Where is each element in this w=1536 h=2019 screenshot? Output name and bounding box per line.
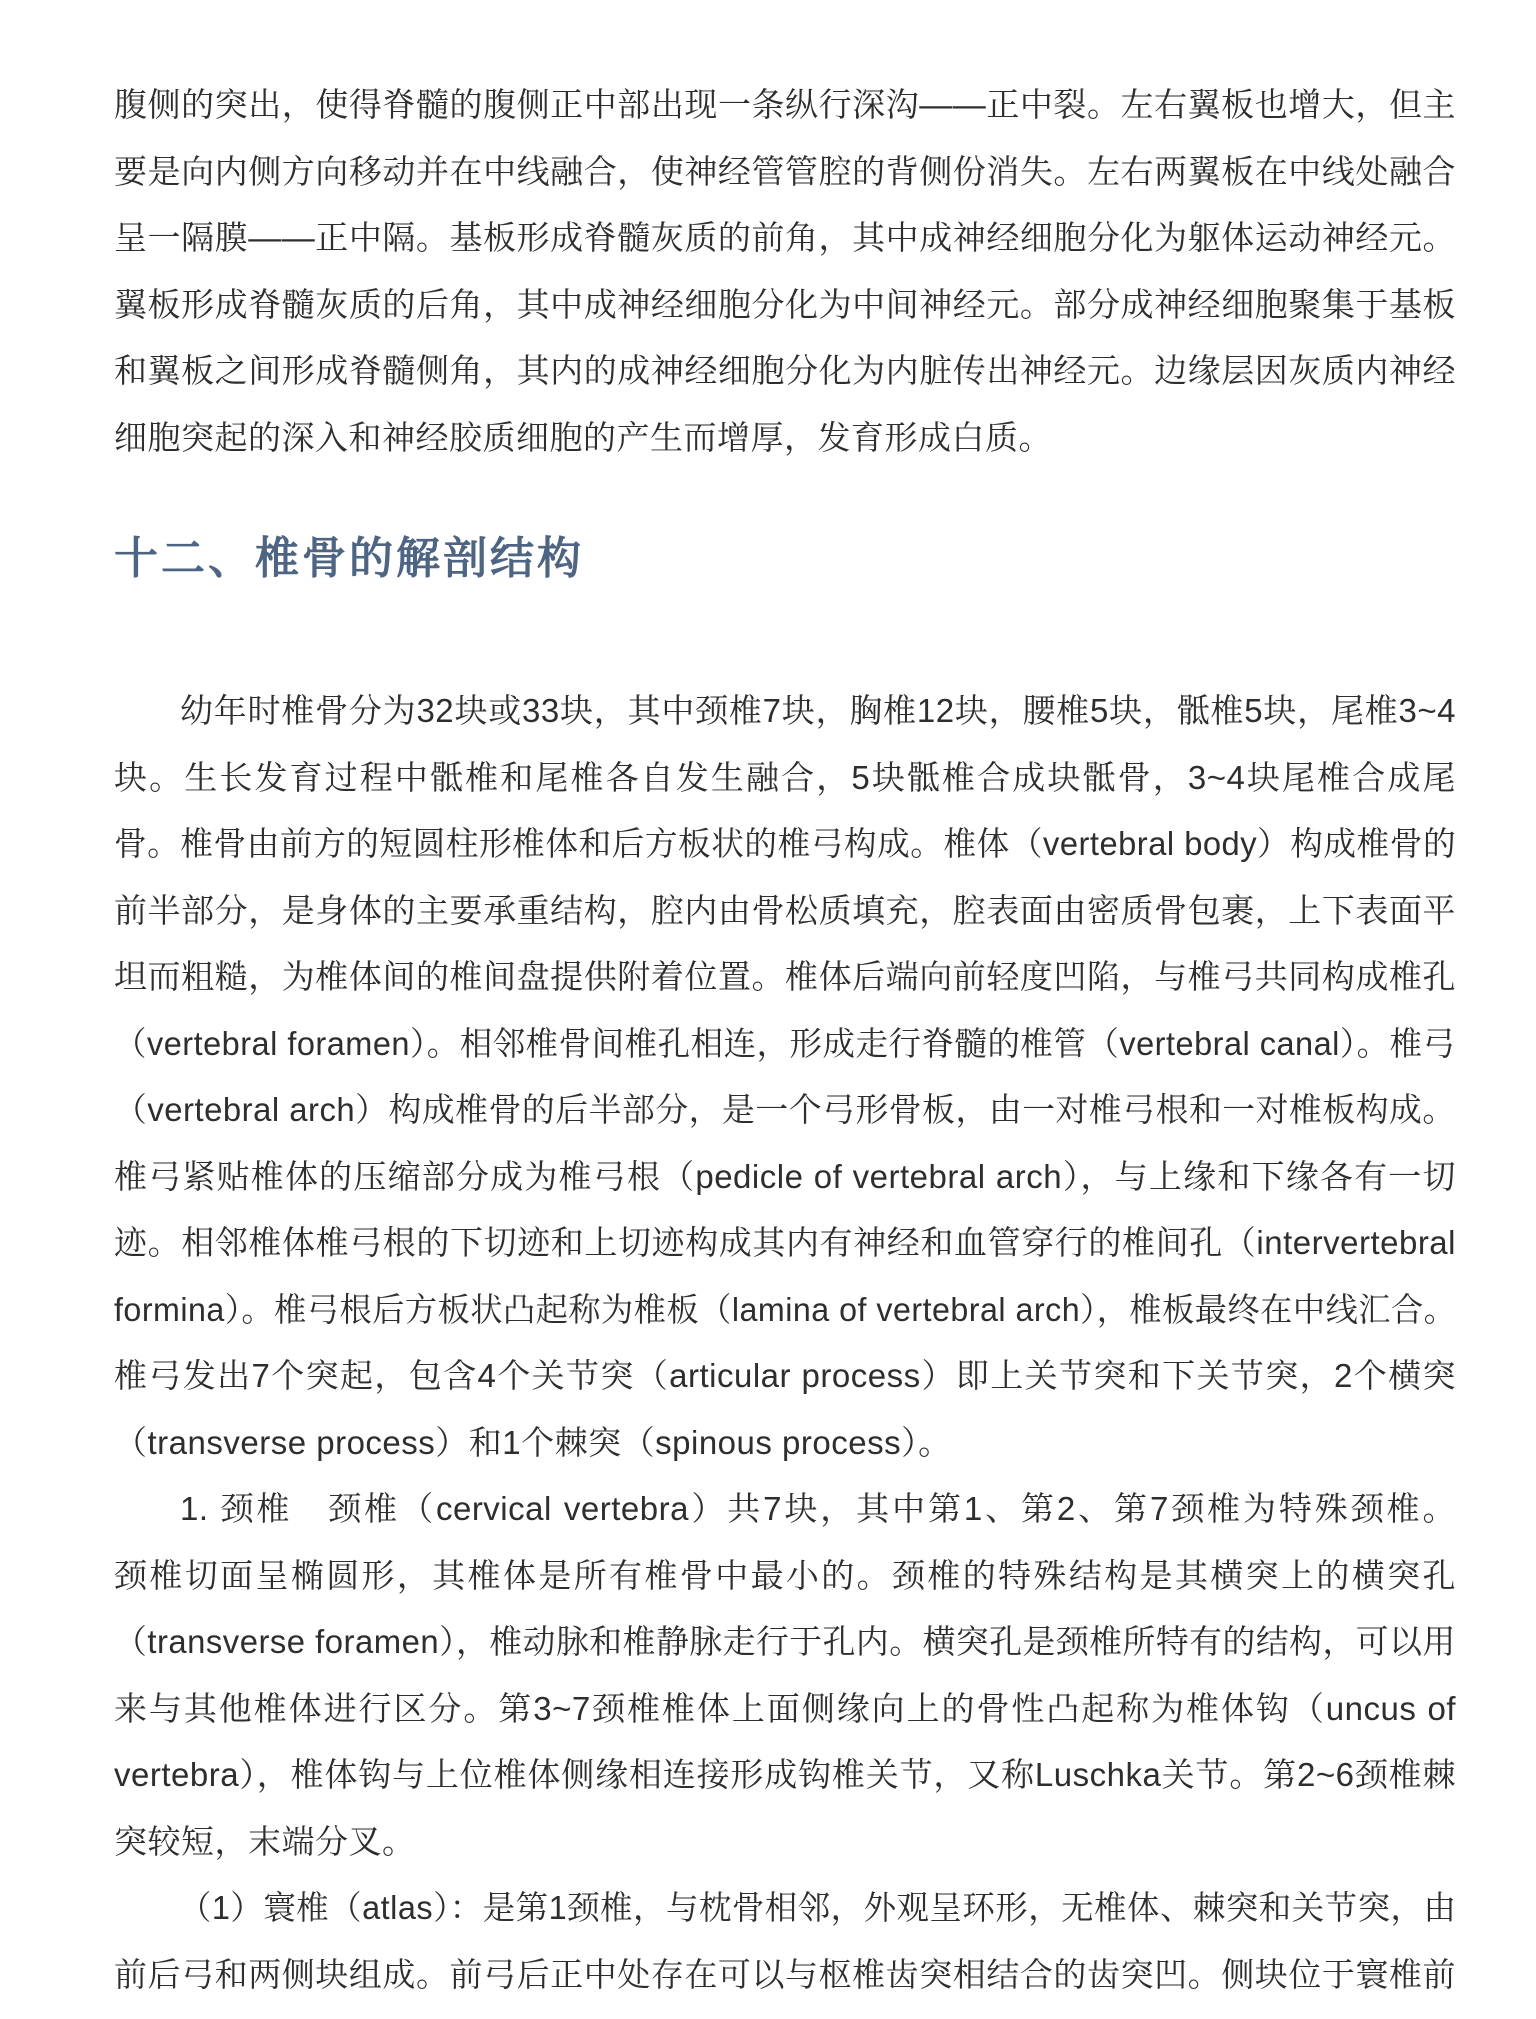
- text-line: 骨。椎骨由前方的短圆柱形椎体和后方板状的椎弓构成。椎体（vertebral bo…: [114, 811, 1443, 878]
- text-line: 和翼板之间形成脊髓侧角，其内的成神经细胞分化为内脏传出神经元。边缘层因灰质内神经: [114, 338, 1456, 405]
- text-line: 腹侧的突出，使得脊髓的腹侧正中部出现一条纵行深沟——正中裂。左右翼板也增大，但主: [114, 72, 1456, 139]
- text-line: （transverse foramen），椎动脉和椎静脉走行于孔内。横突孔是颈椎…: [114, 1609, 1449, 1676]
- text-line: 要是向内侧方向移动并在中线融合，使神经管管腔的背侧份消失。左右两翼板在中线处融合: [114, 139, 1456, 206]
- paragraph: （1）寰椎（atlas）：是第1颈椎，与枕骨相邻，外观呈环形，无椎体、棘突和关节…: [114, 1875, 1456, 2008]
- text-line: vertebra），椎体钩与上位椎体侧缘相连接形成钩椎关节，又称Luschka关…: [114, 1742, 1456, 1809]
- text-line: 1. 颈椎 颈椎（cervical vertebra）共7块，其中第1、第2、第…: [114, 1476, 1456, 1543]
- text-line: （vertebral arch）构成椎骨的后半部分，是一个弓形骨板，由一对椎弓根…: [114, 1077, 1450, 1144]
- text-line: 突较短，末端分叉。: [114, 1809, 1456, 1876]
- text-line: 椎弓紧贴椎体的压缩部分成为椎弓根（pedicle of vertebral ar…: [114, 1144, 1456, 1211]
- section-heading: 十二、椎骨的解剖结构: [114, 526, 1456, 592]
- text-line: 颈椎切面呈椭圆形，其椎体是所有椎骨中最小的。颈椎的特殊结构是其横突上的横突孔: [114, 1543, 1456, 1610]
- document-content: 腹侧的突出，使得脊髓的腹侧正中部出现一条纵行深沟——正中裂。左右翼板也增大，但主…: [114, 72, 1456, 2008]
- text-line: （transverse process）和1个棘突（spinous proces…: [114, 1410, 1456, 1477]
- text-line: 细胞突起的深入和神经胶质细胞的产生而增厚，发育形成白质。: [114, 405, 1456, 472]
- paragraph: 幼年时椎骨分为32块或33块，其中颈椎7块，胸椎12块，腰椎5块，骶椎5块，尾椎…: [114, 678, 1456, 1476]
- text-line: 椎弓发出7个突起，包含4个关节突（articular process）即上关节突…: [114, 1343, 1456, 1410]
- text-line: 坦而粗糙，为椎体间的椎间盘提供附着位置。椎体后端向前轻度凹陷，与椎弓共同构成椎孔: [114, 944, 1456, 1011]
- paragraph: 腹侧的突出，使得脊髓的腹侧正中部出现一条纵行深沟——正中裂。左右翼板也增大，但主…: [114, 72, 1456, 471]
- text-line: 迹。相邻椎体椎弓根的下切迹和上切迹构成其内有神经和血管穿行的椎间孔（interv…: [114, 1210, 1456, 1277]
- text-line: （1）寰椎（atlas）：是第1颈椎，与枕骨相邻，外观呈环形，无椎体、棘突和关节…: [114, 1875, 1433, 1942]
- text-line: （vertebral foramen）。相邻椎骨间椎孔相连，形成走行脊髓的椎管（…: [114, 1011, 1435, 1078]
- text-line: 块。生长发育过程中骶椎和尾椎各自发生融合，5块骶椎合成块骶骨，3~4块尾椎合成尾: [114, 745, 1456, 812]
- text-line: formina）。椎弓根后方板状凸起称为椎板（lamina of vertebr…: [114, 1277, 1424, 1344]
- paragraph: 1. 颈椎 颈椎（cervical vertebra）共7块，其中第1、第2、第…: [114, 1476, 1456, 1875]
- text-line: 翼板形成脊髓灰质的后角，其中成神经细胞分化为中间神经元。部分成神经细胞聚集于基板: [114, 272, 1456, 339]
- document-page: 腹侧的突出，使得脊髓的腹侧正中部出现一条纵行深沟——正中裂。左右翼板也增大，但主…: [0, 0, 1536, 2019]
- text-line: 呈一隔膜——正中隔。基板形成脊髓灰质的前角，其中成神经细胞分化为躯体运动神经元。: [114, 205, 1456, 272]
- text-line: 前后弓和两侧块组成。前弓后正中处存在可以与枢椎齿突相结合的齿突凹。侧块位于寰椎前: [114, 1942, 1456, 2009]
- text-line: 前半部分，是身体的主要承重结构，腔内由骨松质填充，腔表面由密质骨包裹，上下表面平: [114, 878, 1456, 945]
- text-line: 来与其他椎体进行区分。第3~7颈椎椎体上面侧缘向上的骨性凸起称为椎体钩（uncu…: [114, 1676, 1456, 1743]
- text-line: 幼年时椎骨分为32块或33块，其中颈椎7块，胸椎12块，腰椎5块，骶椎5块，尾椎…: [114, 678, 1456, 745]
